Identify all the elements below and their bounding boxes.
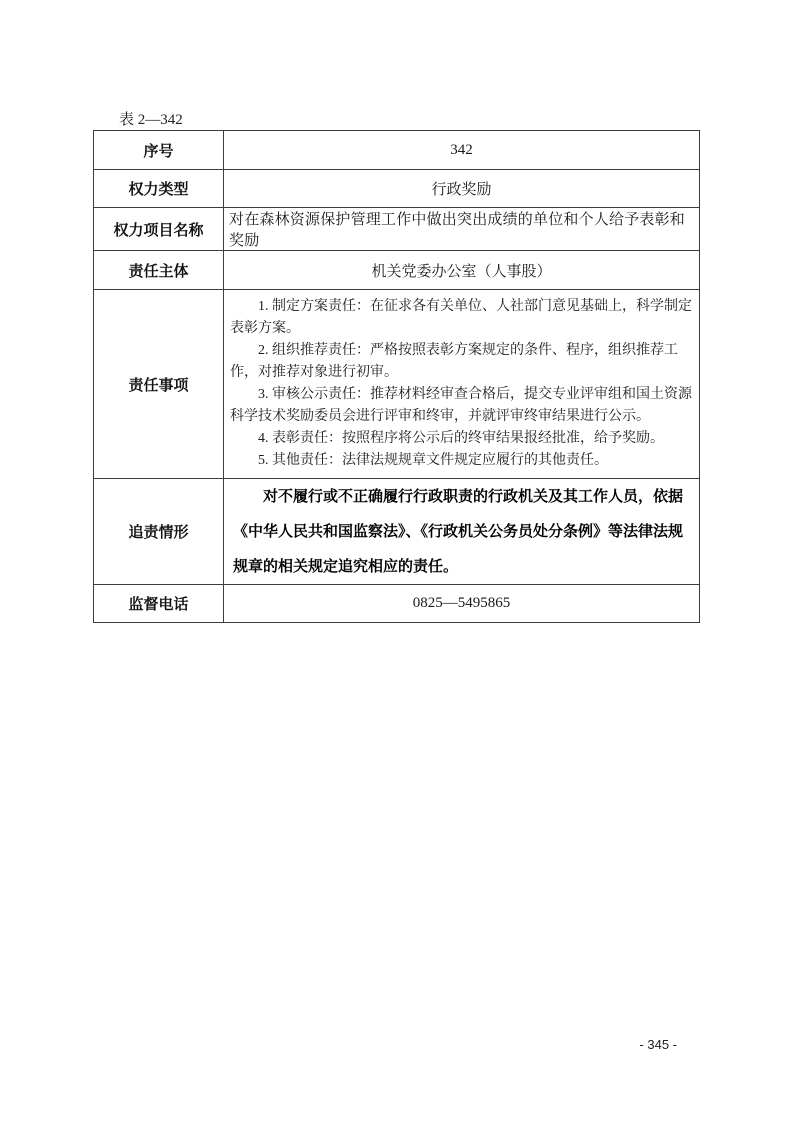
responsibility-table: 序号 342 权力类型 行政奖励 权力项目名称 对在森林资源保护管理工作中做出突… (93, 130, 700, 623)
row-value-power-type: 行政奖励 (224, 170, 700, 208)
accountability-paragraph: 对不履行或不正确履行行政职责的行政机关及其工作人员，依据《中华人民共和国监察法》… (233, 479, 690, 584)
responsibility-item-5: 5. 其他责任：法律法规规章文件规定应履行的其他责任。 (230, 450, 693, 472)
table-row-responsible-body: 责任主体 机关党委办公室（人事股） (94, 251, 700, 290)
table-caption: 表 2—342 (119, 108, 183, 129)
row-label-accountability-situation: 追责情形 (94, 479, 224, 585)
responsibility-item-1: 1. 制定方案责任：在征求各有关单位、人社部门意见基础上，科学制定表彰方案。 (230, 296, 693, 340)
row-label-supervision-phone: 监督电话 (94, 585, 224, 623)
responsibility-item-4: 4. 表彰责任：按照程序将公示后的终审结果报经批准，给予奖励。 (230, 428, 693, 450)
row-label-responsibility-items: 责任事项 (94, 290, 224, 479)
table-row-power-type: 权力类型 行政奖励 (94, 170, 700, 208)
row-label-responsible-body: 责任主体 (94, 251, 224, 290)
table-row-accountability-situation: 追责情形 对不履行或不正确履行行政职责的行政机关及其工作人员，依据《中华人民共和… (94, 479, 700, 585)
row-label-power-item-name: 权力项目名称 (94, 208, 224, 251)
row-value-power-item-name: 对在森林资源保护管理工作中做出突出成绩的单位和个人给予表彰和奖励 (224, 208, 700, 251)
responsibility-item-3: 3. 审核公示责任：推荐材料经审查合格后，提交专业评审组和国土资源科学技术奖励委… (230, 384, 693, 428)
document-page: 表 2—342 序号 342 权力类型 行政奖励 权力项目名称 对在森林资源保护… (0, 0, 793, 1122)
row-value-accountability-situation: 对不履行或不正确履行行政职责的行政机关及其工作人员，依据《中华人民共和国监察法》… (224, 479, 700, 585)
row-value-supervision-phone: 0825—5495865 (224, 585, 700, 623)
row-value-responsibility-items: 1. 制定方案责任：在征求各有关单位、人社部门意见基础上，科学制定表彰方案。 2… (224, 290, 700, 479)
page-number: - 345 - (639, 1037, 677, 1052)
row-label-serial-number: 序号 (94, 131, 224, 170)
table-row-serial-number: 序号 342 (94, 131, 700, 170)
row-value-responsible-body: 机关党委办公室（人事股） (224, 251, 700, 290)
table-row-supervision-phone: 监督电话 0825—5495865 (94, 585, 700, 623)
table-row-power-item-name: 权力项目名称 对在森林资源保护管理工作中做出突出成绩的单位和个人给予表彰和奖励 (94, 208, 700, 251)
row-label-power-type: 权力类型 (94, 170, 224, 208)
table-row-responsibility-items: 责任事项 1. 制定方案责任：在征求各有关单位、人社部门意见基础上，科学制定表彰… (94, 290, 700, 479)
row-value-serial-number: 342 (224, 131, 700, 170)
responsibility-item-2: 2. 组织推荐责任：严格按照表彰方案规定的条件、程序，组织推荐工作，对推荐对象进… (230, 340, 693, 384)
